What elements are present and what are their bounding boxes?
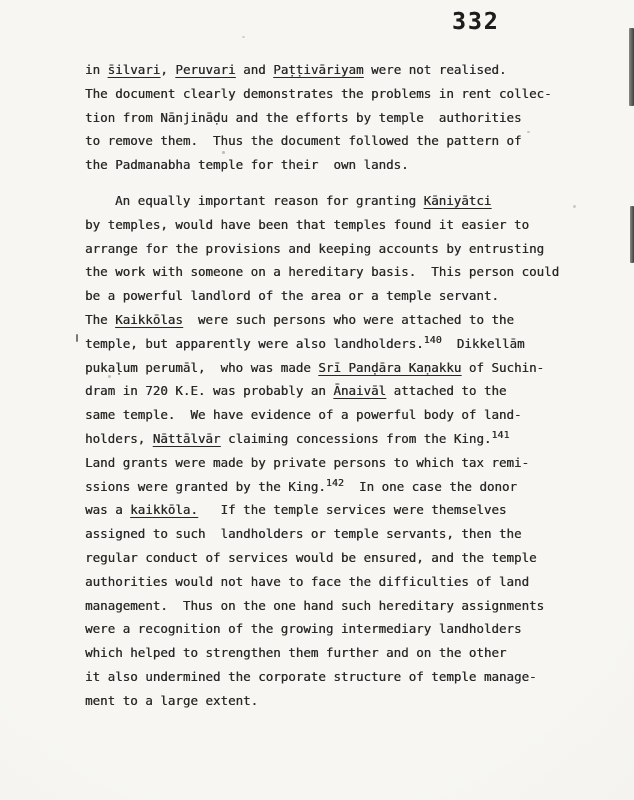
text-line: An equally important reason for granting… <box>85 189 585 213</box>
text-segment: were a recognition of the growing interm… <box>85 621 522 636</box>
scan-speck <box>573 205 576 208</box>
text-line: the Padmanabha temple for their own land… <box>85 153 585 177</box>
text-line: authorities would not have to face the d… <box>85 570 585 594</box>
text-line: The document clearly demonstrates the pr… <box>85 82 585 106</box>
text-segment: and <box>236 62 274 77</box>
underlined-term: Peruvari <box>175 62 235 77</box>
text-segment: pukaḷum perumāl, who was made <box>85 360 318 375</box>
text-segment: regular conduct of services would be ens… <box>85 550 537 565</box>
text-segment: be a powerful landlord of the area or a … <box>85 288 499 303</box>
text-line: were a recognition of the growing interm… <box>85 617 585 641</box>
scan-speck <box>108 375 111 378</box>
text-segment: An equally important reason for granting <box>115 193 424 208</box>
text-segment: management. Thus on the one hand such he… <box>85 598 544 613</box>
text-line: to remove them. Thus the document follow… <box>85 129 585 153</box>
footnote-reference: 141 <box>491 430 509 441</box>
page-number: 332 <box>452 9 500 35</box>
text-segment: were not realised. <box>364 62 507 77</box>
text-line: tion from Nānjināḍu and the efforts by t… <box>85 106 585 130</box>
footnote-reference: 142 <box>326 477 344 488</box>
text-segment: in <box>85 62 108 77</box>
scan-speck <box>76 334 78 342</box>
text-line: temple, but apparently were also landhol… <box>85 332 585 356</box>
underlined-term: Nāttālvār <box>153 431 221 446</box>
text-line: The Kaikkōlas were such persons who were… <box>85 308 585 332</box>
text-segment: claiming concessions from the King. <box>220 431 491 446</box>
underlined-term: Kaikkōlas <box>115 312 183 327</box>
underlined-term: Ānaivāl <box>333 383 386 398</box>
text-line: dram in 720 K.E. was probably an Ānaivāl… <box>85 379 585 403</box>
scan-edge-artifact <box>629 28 634 106</box>
underlined-term: Srī Panḍāra Kaṇakku <box>318 360 461 375</box>
text-segment: it also undermined the corporate structu… <box>85 669 537 684</box>
text-segment: holders, <box>85 431 153 446</box>
text-line: regular conduct of services would be ens… <box>85 546 585 570</box>
text-line: was a kaikkōla. If the temple services w… <box>85 498 585 522</box>
text-segment: assigned to such landholders or temple s… <box>85 526 522 541</box>
text-line: same temple. We have evidence of a power… <box>85 403 585 427</box>
text-line: ssions were granted by the King.142 In o… <box>85 475 585 499</box>
text-segment: ssions were granted by the King. <box>85 479 326 494</box>
text-segment: , <box>160 62 175 77</box>
text-segment: which helped to strengthen them further … <box>85 645 506 660</box>
text-segment: authorities would not have to face the d… <box>85 574 529 589</box>
text-segment: The document clearly demonstrates the pr… <box>85 86 552 101</box>
scanned-document-page: 332 in s̄ilvari, Peruvari and Paṭṭivāriy… <box>0 0 634 800</box>
underlined-term: Paṭṭivāriyam <box>273 62 363 77</box>
text-line: in s̄ilvari, Peruvari and Paṭṭivāriyam w… <box>85 58 585 82</box>
scan-speck <box>242 36 245 38</box>
body-text: in s̄ilvari, Peruvari and Paṭṭivāriyam w… <box>85 58 585 713</box>
text-line: holders, Nāttālvār claiming concessions … <box>85 427 585 451</box>
text-line: management. Thus on the one hand such he… <box>85 594 585 618</box>
text-segment: the Padmanabha temple for their own land… <box>85 157 409 172</box>
text-segment: was a <box>85 502 130 517</box>
text-segment: the work with someone on a hereditary ba… <box>85 264 559 279</box>
text-line: arrange for the provisions and keeping a… <box>85 237 585 261</box>
text-segment: attached to the <box>386 383 506 398</box>
underlined-term: s̄ilvari <box>108 62 161 77</box>
text-line: pukaḷum perumāl, who was made Srī Panḍār… <box>85 356 585 380</box>
text-segment: dram in 720 K.E. was probably an <box>85 383 333 398</box>
text-line: by temples, would have been that temples… <box>85 213 585 237</box>
text-line: be a powerful landlord of the area or a … <box>85 284 585 308</box>
underlined-term: Kāniyātci <box>424 193 492 208</box>
text-segment: If the temple services were themselves <box>198 502 507 517</box>
text-line: ment to a large extent. <box>85 689 585 713</box>
text-segment: The <box>85 312 115 327</box>
scan-speck <box>222 151 225 154</box>
text-line: which helped to strengthen them further … <box>85 641 585 665</box>
footnote-reference: 140 <box>424 335 442 346</box>
text-segment: of Suchin- <box>461 360 544 375</box>
text-line: assigned to such landholders or temple s… <box>85 522 585 546</box>
text-segment: by temples, would have been that temples… <box>85 217 529 232</box>
scan-speck <box>527 131 530 133</box>
text-segment: ment to a large extent. <box>85 693 258 708</box>
text-segment: Dikkellām <box>442 336 525 351</box>
text-segment: tion from Nānjināḍu and the efforts by t… <box>85 110 522 125</box>
underlined-term: kaikkōla. <box>130 502 198 517</box>
text-segment: temple, but apparently were also landhol… <box>85 336 424 351</box>
text-segment: In one case the donor <box>344 479 517 494</box>
text-line: the work with someone on a hereditary ba… <box>85 260 585 284</box>
text-line: it also undermined the corporate structu… <box>85 665 585 689</box>
text-segment: arrange for the provisions and keeping a… <box>85 241 544 256</box>
text-segment: same temple. We have evidence of a power… <box>85 407 522 422</box>
text-line: Land grants were made by private persons… <box>85 451 585 475</box>
text-segment: were such persons who were attached to t… <box>183 312 514 327</box>
text-segment: to remove them. Thus the document follow… <box>85 133 522 148</box>
scan-edge-artifact <box>630 206 634 263</box>
text-segment: Land grants were made by private persons… <box>85 455 529 470</box>
